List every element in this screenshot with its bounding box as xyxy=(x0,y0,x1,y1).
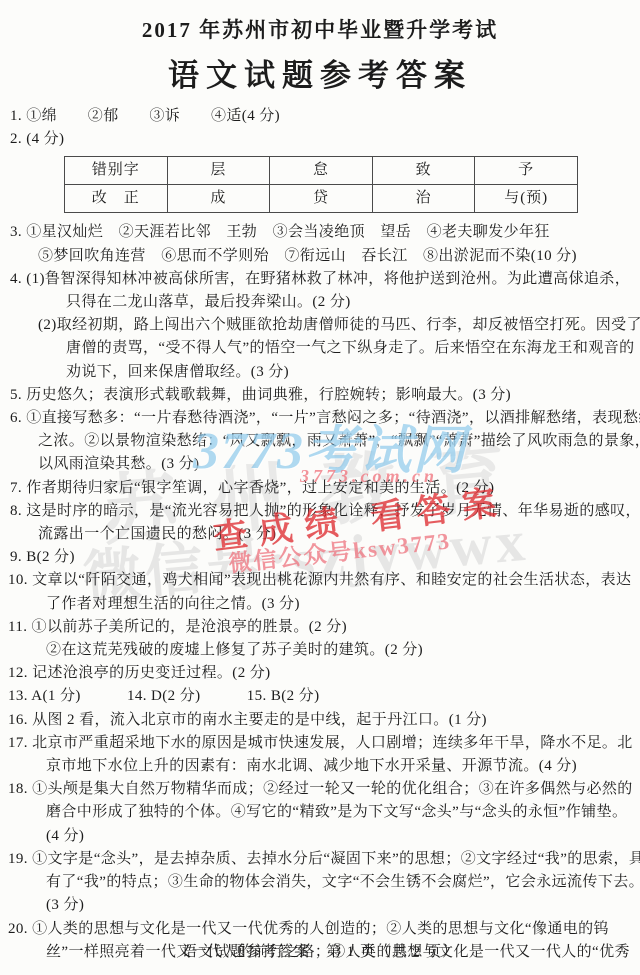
answer-line: 3. ①星汉灿烂 ②天涯若比邻 王勃 ③会当凌绝顶 望岳 ④老夫聊发少年狂 xyxy=(0,221,640,244)
answer-line: 2. (4 分) xyxy=(0,128,640,151)
answer-line: 了作者对理想生活的向往之情。(3 分) xyxy=(0,593,640,616)
answer-line: 12. 记述沧浪亭的历史变迁过程。(2 分) xyxy=(0,662,640,685)
table-cell: 予 xyxy=(475,157,578,185)
table-cell: 贷 xyxy=(270,185,373,213)
table-cell: 错别字 xyxy=(65,157,168,185)
answer-line: (2)取经初期，路上闯出六个贼匪欲抢劫唐僧师徒的马匹、行李，却反被悟空打死。因受… xyxy=(0,314,640,337)
answer-line: 之浓。②以景物渲染愁绪：“风又飘飘，雨又萧萧”，“飘飘”“萧萧”描绘了风吹雨急的… xyxy=(0,430,640,453)
table-cell: 层 xyxy=(167,157,270,185)
answer-line: 11. ①以前苏子美所记的，是沧浪亭的胜景。(2 分) xyxy=(0,616,640,639)
answer-line: 8. 这是时序的暗示，是“流光容易把人抛”的形象化诠释，抒发了岁月无情、年华易逝… xyxy=(0,500,640,523)
page-title: 语文试题参考答案 xyxy=(0,50,640,95)
answer-line: ②在这荒芜残破的废墟上修复了苏子美时的建筑。(2 分) xyxy=(0,639,640,662)
table-cell: 致 xyxy=(372,157,475,185)
answers-body: 1. ①绵 ②郁 ③诉 ④适(4 分) 2. (4 分) 错别字 层 怠 致 予… xyxy=(0,105,640,964)
answer-line: 6. ①直接写愁多：“一片春愁待酒浇”，“一片”言愁闷之多；“待酒浇”，以酒排解… xyxy=(0,407,640,430)
answer-sheet-page: 苏州教育 微信号:szjywwx 3773考试网 3773.com.cn 查成绩… xyxy=(0,0,640,975)
table-cell: 治 xyxy=(372,185,475,213)
table-cell: 怠 xyxy=(270,157,373,185)
answer-line: 17. 北京市严重超采地下水的原因是城市快速发展，人口剧增；连续多年干旱，降水不… xyxy=(0,732,640,755)
answer-line: 只得在二龙山落草，最后投奔梁山。(2 分) xyxy=(0,291,640,314)
answer-line: 9. B(2 分) xyxy=(0,546,640,569)
answer-line: 7. 作者期待归家后“银字笙调，心字香烧”，过上安定和美的生活。(2 分) xyxy=(0,477,640,500)
answer-line: ⑤梦回吹角连营 ⑥思而不学则殆 ⑦衔远山 吞长江 ⑧出淤泥而不染(10 分) xyxy=(0,245,640,268)
answer-line: 16. 从图 2 看，流入北京市的南水主要走的是中线，起于丹江口。(1 分) xyxy=(0,709,640,732)
answer-line: 1. ①绵 ②郁 ③诉 ④适(4 分) xyxy=(0,105,640,128)
table-cell: 与(预) xyxy=(475,185,578,213)
answer-line: (4 分) xyxy=(0,825,640,848)
table-row: 错别字 层 怠 致 予 xyxy=(65,157,578,185)
answer-line: 京市地下水位上升的因素有：南水北调、减少地下水开采量、开源节流。(4 分) xyxy=(0,755,640,778)
answer-line: 流露出一个亡国遗民的愁闷。(3 分) xyxy=(0,523,640,546)
answer-line: 5. 历史悠久；表演形式载歌载舞，曲词典雅，行腔婉转；影响最大。(3 分) xyxy=(0,384,640,407)
correction-table: 错别字 层 怠 致 予 改 正 成 贷 治 与(预) xyxy=(64,156,578,213)
answer-line: 有了“我”的特点；③生命的物体会消失，文字“不会生锈不会腐烂”，它会永远流传下去… xyxy=(0,871,640,894)
table-cell: 成 xyxy=(167,185,270,213)
answer-line: 20. ①人类的思想与文化是一代又一代优秀的人创造的；②人类的思想与文化“像通电… xyxy=(0,918,640,941)
answer-line: 19. ①文字是“念头”，是去掉杂质、去掉水分后“凝固下来”的思想；②文字经过“… xyxy=(0,848,640,871)
answer-line: 以风雨渲染其愁。(3 分) xyxy=(0,453,640,476)
answer-line: (3 分) xyxy=(0,894,640,917)
answer-line: 18. ①头颅是集大自然万物精华而成；②经过一轮又一轮的优化组合；③在许多偶然与… xyxy=(0,778,640,801)
answer-line: 4. (1)鲁智深得知林冲被高俅所害，在野猪林救了林冲，将他护送到沧州。为此遭高… xyxy=(0,268,640,291)
answer-line: 10. 文章以“阡陌交通，鸡犬相闻”表现出桃花源内井然有序、和睦安定的社会生活状… xyxy=(0,569,640,592)
exam-title: 2017 年苏州市初中毕业暨升学考试 xyxy=(0,0,640,44)
answer-line: 劝说下，回来保唐僧取经。(3 分) xyxy=(0,361,640,384)
answer-line: 唐僧的责骂，“受不得人气”的悟空一气之下纵身走了。后来悟空在东海龙王和观音的 xyxy=(0,337,640,360)
answer-line: 磨合中形成了独特的个体。④写它的“精致”是为下文写“念头”与“念头的永恒”作铺垫… xyxy=(0,801,640,824)
table-row: 改 正 成 贷 治 与(预) xyxy=(65,185,578,213)
table-cell: 改 正 xyxy=(65,185,168,213)
answer-line: 13. A(1 分) 14. D(2 分) 15. B(2 分) xyxy=(0,685,640,708)
page-footer: 语文试题参考答案 第 1 页（共 2 页） xyxy=(0,940,640,961)
